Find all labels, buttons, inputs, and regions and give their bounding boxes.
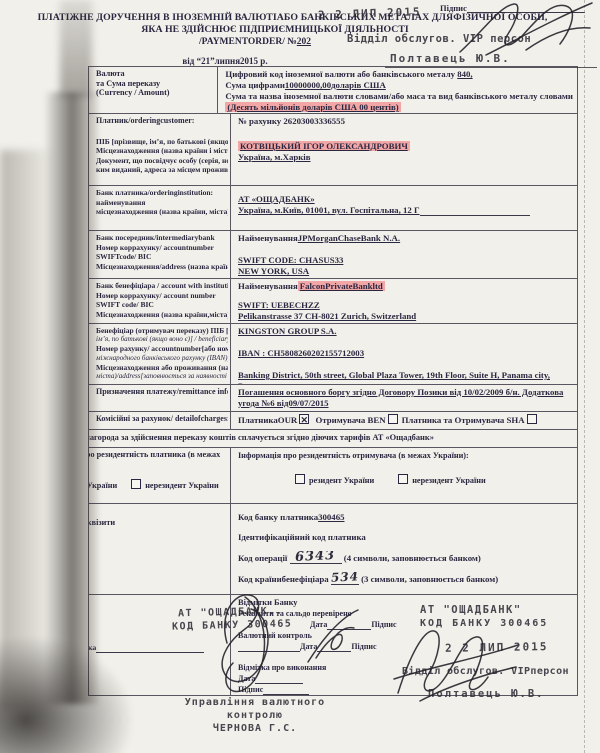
payer-residency-label-2: України): [89, 460, 231, 470]
beneficiary-name: KINGSTON GROUP S.A. [238, 326, 337, 336]
page-edge-line [584, 0, 585, 753]
payer-bank-label-cell: Банк платника/orderinginstitution: найме… [89, 186, 231, 230]
row-charges: Комісійні за рахунок/ detailofcharges: П… [89, 412, 577, 430]
receiver-resident-checkbox [295, 474, 305, 484]
currency-label-cell: Валюта та Сума переказу (Currency / Amou… [89, 67, 218, 113]
label-line: SWIFT code/ BIC [96, 300, 228, 310]
row-residency: Інформація про резидентність платника (в… [89, 448, 577, 504]
intermediary-swift-line: SWIFT CODE: CHASUS33 [238, 255, 573, 266]
beneficiary-iban: IBAN : CH5808260202155712003 [238, 348, 364, 358]
beneficiary-value-cell: KINGSTON GROUP S.A. IBAN : CH58082602021… [231, 324, 577, 384]
order-number: 202 [297, 37, 311, 47]
intermediary-address: NEW YORK, USA [238, 266, 309, 276]
beneficiary-bank-swift-line: SWIFT: UEBECHZZ [238, 300, 573, 311]
beneficiary-iban-line: IBAN : CH5808260202155712003 [238, 348, 573, 359]
label-line: Місцезнаходження (назва країни і міста) [96, 146, 228, 156]
country-code-handwritten: 534 [331, 572, 360, 584]
bank-code-value: 300465 [318, 512, 344, 522]
payer-nonresident-label: нерезидент України [145, 481, 219, 490]
label-line: Банк платника/orderinginstitution: [96, 188, 228, 198]
bank-code-label: Код банку платника [238, 512, 318, 522]
label-line: міжнародного банківського рахунку (IBAN)… [96, 354, 228, 363]
payer-bank-code-line: Код банку платника300465 [238, 512, 573, 523]
purpose-line1: Погашення основного боргу згідно Договор… [238, 387, 573, 398]
label-line: ім’я, по батькові (якщо воно є)] / benef… [96, 335, 228, 344]
label-line: міста)/address[заповнюється за наявності… [96, 372, 228, 381]
row-payer-bank: Банк платника/orderinginstitution: найме… [89, 186, 577, 231]
purpose-value-cell: Погашення основного боргу згідно Договор… [231, 385, 577, 411]
label-line: Валюта [96, 69, 215, 79]
charges-our-checkbox: ✕ [299, 414, 309, 424]
label-line: (Currency / Amount) [96, 88, 215, 98]
country-code-fill: 534 [331, 572, 359, 585]
row-payer: Платник/orderingcustomer: ПІБ [прізвище,… [89, 114, 577, 186]
label-line: Банк посередник/intermediarybank [96, 233, 228, 243]
row-beneficiary-bank: Банк бенефіціара / account with institut… [89, 279, 577, 324]
payer-nonresident-checkbox [131, 479, 141, 489]
charges-our-label: ПлатникаOUR [238, 415, 297, 425]
row-intermediary-bank: Банк посередник/intermediarybank Номер к… [89, 231, 577, 279]
payer-bank-address-line: Україна, м.Київ, 01001, вул. Госпітальна… [238, 205, 573, 216]
beneficiary-address-1: Banking District, 50th street, Global Pl… [238, 370, 550, 380]
charges-sha-checkbox [527, 414, 537, 424]
payer-resident-label: резидент України [89, 481, 117, 490]
label-line: Банк бенефіціара / account with institut… [96, 281, 228, 291]
beneficiary-name-line: KINGSTON GROUP S.A. [238, 326, 573, 337]
country-code-note: (3 символи, заповнюється банком) [361, 574, 498, 584]
payer-residency-options: ✓резидент України нерезидент України [89, 479, 231, 491]
intermediary-bank-name: JPMorganChaseBank N.A. [298, 233, 400, 243]
charges-label-cell: Комісійні за рахунок/ detailofcharges: [89, 412, 231, 429]
label-line: Бенефіціар (отримувач переказу) ПІБ [прі… [96, 326, 228, 335]
row-currency-amount: Валюта та Сума переказу (Currency / Amou… [89, 67, 577, 114]
fee-note-text: Комісійна винагорода за здійснення перек… [89, 433, 434, 443]
bank-details-value-cell: Код банку платника300465 Ідентифікаційни… [231, 504, 577, 594]
payer-label-cell: Платник/orderingcustomer: ПІБ [прізвище,… [89, 114, 231, 185]
payer-bank-name-line: АТ «ОЩАДБАНК» [238, 194, 573, 205]
operation-code-fill: 6343 [290, 551, 342, 564]
row-fee-note: Комісійна винагорода за здійснення перек… [89, 430, 577, 448]
currency-code-label: Цифровий код іноземної валюти або банків… [225, 69, 457, 79]
intermediary-label-cell: Банк посередник/intermediarybank Номер к… [89, 231, 231, 278]
label-line: Місцезнаходження/address (назва країни, … [96, 262, 228, 272]
payer-value-cell: № рахунку 26203003336555 КОТВІЦЬКИЙ ІГОР… [231, 114, 577, 185]
label-line: Місцезнаходження (назва країни,міста)/ad… [96, 310, 228, 320]
row-payment-purpose: Призначення платежу/remittance informati… [89, 385, 577, 412]
amount-words-value-highlighted: (Десять мільйонів доларів США 00 центів) [225, 102, 400, 112]
amount-digits-line: Сума цифрами10000000,00доларів США [225, 80, 573, 91]
payer-bank-value-cell: АТ «ОЩАДБАНК» Україна, м.Київ, 01001, ву… [231, 186, 577, 230]
currency-value-cell: Цифровий код іноземної валюти або банків… [218, 67, 577, 113]
operation-code-label: Код операції [238, 553, 287, 563]
payer-residency-cell: Інформація про резидентність платника (в… [89, 448, 231, 503]
currency-code-value: 840, [457, 69, 472, 79]
label-line: SWIFTcode/ BIC [96, 252, 228, 262]
receiver-nonresident-label: нерезидент України [412, 476, 486, 485]
payer-id-code-label: Ідентифікаційний код платника [238, 532, 573, 543]
control-stamp-line1: Управління валютного [160, 696, 350, 709]
label-line: Платник/orderingcustomer: [96, 116, 228, 126]
extra-fill-line [238, 221, 573, 231]
label-line: Призначення платежу/remittance informati… [96, 387, 228, 397]
charges-options-line: ПлатникаOUR✕ Отримувача BENПлатника та О… [238, 414, 573, 426]
control-stamp-name: ЧЕРНОВА Г.С. [160, 722, 350, 735]
bank-details-label: Банківські реквізити [89, 518, 228, 528]
label-line: та Сума переказу [96, 79, 215, 89]
charges-sha-label: Платника та Отримувача SHA [402, 415, 525, 425]
label-line: місцезнаходження (назва країни, міста) [96, 207, 228, 217]
amount-value: 10000000,00доларів США [285, 80, 386, 90]
beneficiary-bank-label-cell: Банк бенефіціара / account with institut… [89, 279, 231, 323]
payer-location-line: Україна, м.Харків [238, 152, 573, 163]
beneficiary-bank-name-line: НайменуванняFalconPrivateBankltd [238, 281, 573, 292]
order-label: /PAYMENTORDER/ № [199, 37, 297, 47]
label-line: ПІБ [прізвище, ім’я, по батькові (якщо в… [96, 137, 228, 147]
charges-ben-checkbox [388, 414, 398, 424]
amount-words-label: Сума та назва іноземної валюти словами/а… [225, 91, 573, 102]
charges-ben-label: Отримувача BEN [313, 415, 385, 425]
payer-account-number: № рахунку 26203003336555 [238, 116, 573, 127]
label-line: ким виданий, адреса за місцем проживання… [96, 165, 228, 175]
label-line: найменування [96, 198, 228, 208]
signature-scribble-top-right [456, 0, 598, 58]
payer-bank-name: АТ «ОЩАДБАНК» [238, 194, 315, 204]
beneficiary-bank-address: Pelikanstrasse 37 CH-8021 Zurich, Switze… [238, 311, 416, 321]
fill-line [238, 223, 533, 231]
receiver-residency-options: резидент України нерезидент України [238, 474, 573, 486]
charges-value-cell: ПлатникаOUR✕ Отримувача BENПлатника та О… [231, 412, 577, 429]
row-beneficiary: Бенефіціар (отримувач переказу) ПІБ [прі… [89, 324, 577, 385]
beneficiary-address-line1: Banking District, 50th street, Global Pl… [238, 370, 573, 381]
label-line: Номер коррахунку/ account number [96, 291, 228, 301]
scanned-payment-order-document: Підпис ПЛАТІЖНЕ ДОРУЧЕННЯ В ІНОЗЕМНІЙ ВА… [0, 0, 600, 753]
label-line: Комісійні за рахунок/ detailofcharges: [96, 414, 228, 424]
payer-name-highlighted: КОТВІЦЬКИЙ ІГОР ОЛЕКСАНДРОВИЧ [238, 141, 410, 151]
beneficiary-bank-value-cell: НайменуванняFalconPrivateBankltd SWIFT: … [231, 279, 577, 323]
signature-scribble-bottom-right [390, 615, 525, 707]
row-bank-details: Банківські реквізити Код банку платника3… [89, 504, 577, 595]
beneficiary-bank-address-line: Pelikanstrasse 37 CH-8021 Zurich, Switze… [238, 311, 573, 322]
fee-note-cell: Комісійна винагорода за здійснення перек… [89, 430, 438, 447]
payer-signature-label: Підпис платника [89, 643, 96, 652]
payer-location: Україна, м.Харків [238, 152, 311, 162]
intermediary-swift: SWIFT CODE: CHASUS33 [238, 255, 343, 265]
amount-words-line: (Десять мільйонів доларів США 00 центів) [225, 102, 573, 113]
operation-code-line: Код операції 6343 (4 символи, заповнюєть… [238, 551, 573, 566]
payer-bank-address: Україна, м.Київ, 01001, вул. Госпітальна… [238, 205, 420, 215]
beneficiary-bank-swift: SWIFT: UEBECHZZ [238, 300, 320, 310]
payer-name-line: КОТВІЦЬКИЙ ІГОР ОЛЕКСАНДРОВИЧ [238, 141, 573, 152]
signature-scribble-middle [296, 606, 371, 668]
name-prefix: Найменування [238, 281, 298, 291]
currency-code-line: Цифровий код іноземної валюти або банків… [225, 69, 573, 80]
receiver-residency-cell: Інформація про резидентність отримувача … [231, 448, 577, 503]
bank-details-label-cell: Банківські реквізити [89, 504, 231, 594]
operation-code-handwritten: 6343 [295, 551, 336, 563]
control-stamp-line2: контролю [160, 709, 350, 722]
purpose-label-cell: Призначення платежу/remittance informati… [89, 385, 231, 411]
amount-label: Сума цифрами [225, 80, 285, 90]
label-line: Документ, що посвідчує особу (серія, ном… [96, 156, 228, 166]
receiver-nonresident-checkbox [398, 474, 408, 484]
operation-code-note: (4 символи, заповнюється банком) [344, 553, 481, 563]
country-code-label: Код країнибенефіціара [238, 574, 329, 584]
receiver-resident-label: резидент України [309, 476, 374, 485]
fill-line [420, 207, 530, 216]
receiver-residency-label: Інформація про резидентність отримувача … [238, 450, 573, 461]
purpose-text-1: Погашення основного боргу згідно Договор… [238, 387, 563, 397]
intermediary-value-cell: НайменуванняJPMorganChaseBank N.A. SWIFT… [231, 231, 577, 278]
purpose-line2: угода №6 від09/07/2015 [238, 398, 573, 409]
purpose-text-2: угода №6 від09/07/2015 [238, 398, 329, 408]
scan-shadow-left-edge [0, 150, 52, 710]
payer-residency-label-1: Інформація про резидентність платника (в… [89, 450, 231, 460]
intermediary-name-line: НайменуванняJPMorganChaseBank N.A. [238, 233, 573, 244]
label-line: Місцезнаходження або проживання (назва к… [96, 363, 228, 372]
beneficiary-label-cell: Бенефіціар (отримувач переказу) ПІБ [прі… [89, 324, 231, 384]
name-prefix: Найменування [238, 233, 298, 243]
stamp-underline [385, 67, 597, 68]
intermediary-address-line: NEW YORK, USA [238, 266, 573, 277]
currency-control-stamp: Управління валютного контролю ЧЕРНОВА Г.… [160, 696, 350, 735]
label-line: Номер коррахунку/ accountnumber [96, 243, 228, 253]
document-date: від “21”липня2015 р. [40, 56, 410, 66]
beneficiary-bank-name-highlighted: FalconPrivateBankltd [298, 281, 385, 291]
label-line: Номер рахунку/ accountnumber[або номер [96, 344, 228, 353]
